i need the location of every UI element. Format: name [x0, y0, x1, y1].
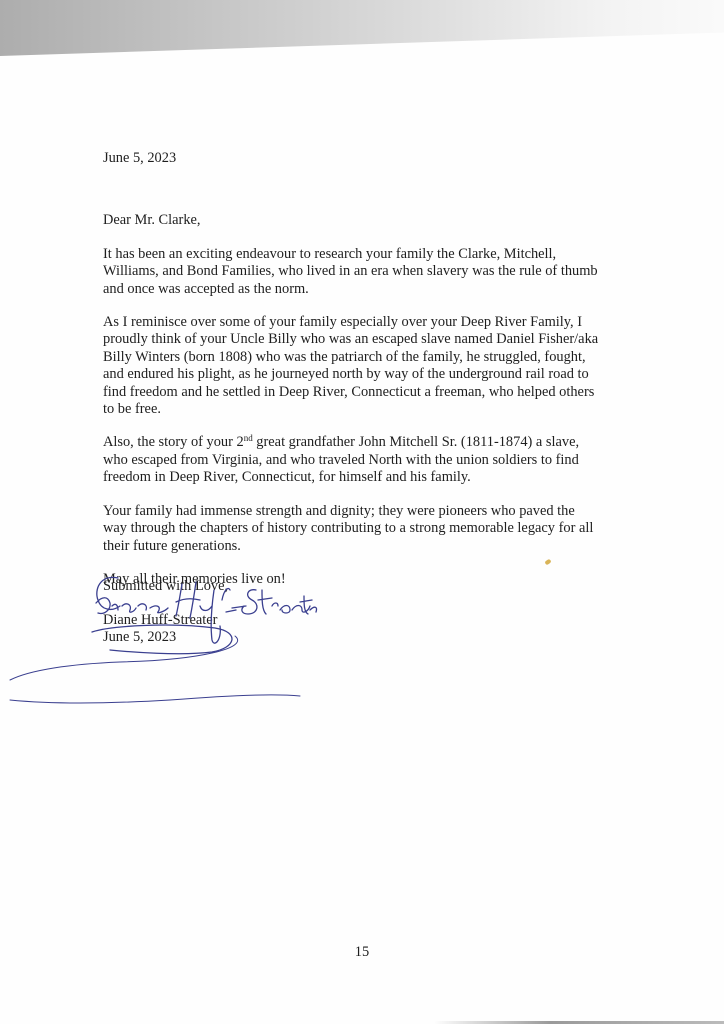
text-line: way through the chapters of history cont…: [103, 520, 593, 536]
scanner-edge-shadow: [0, 0, 724, 56]
text-line: Your family had immense strength and dig…: [103, 503, 575, 519]
salutation: Dear Mr. Clarke,: [103, 212, 623, 229]
text-line: Also, the story of your 2nd great grandf…: [103, 434, 579, 450]
paragraph-strength: Your family had immense strength and dig…: [103, 503, 623, 555]
paragraph-uncle-billy: As I reminisce over some of your family …: [103, 314, 623, 418]
signature-space: [103, 595, 228, 612]
text-line: their future generations.: [103, 538, 241, 554]
text-line: proudly think of your Uncle Billy who wa…: [103, 331, 598, 347]
text-line: freedom in Deep River, Connecticut, for …: [103, 469, 471, 485]
ordinal-superscript: nd: [244, 433, 253, 443]
valediction: Submitted with Love,: [103, 578, 228, 595]
letter-closing: Submitted with Love, Diane Huff-Streater…: [103, 578, 228, 647]
signed-date: June 5, 2023: [103, 629, 228, 646]
text-line: find freedom and he settled in Deep Rive…: [103, 384, 594, 400]
text-line: who escaped from Virginia, and who trave…: [103, 452, 579, 468]
paragraph-john-mitchell: Also, the story of your 2nd great grandf…: [103, 434, 623, 486]
signer-name: Diane Huff-Streater: [103, 612, 228, 629]
text-line: to be free.: [103, 401, 161, 417]
letter-date: June 5, 2023: [103, 150, 623, 167]
text-line: and endured his plight, as he journeyed …: [103, 366, 589, 382]
text-line: Billy Winters (born 1808) who was the pa…: [103, 349, 586, 365]
letter-body: June 5, 2023 Dear Mr. Clarke, It has bee…: [103, 150, 623, 588]
page-number: 15: [0, 944, 724, 961]
text-line: Williams, and Bond Families, who lived i…: [103, 263, 598, 279]
text-line: As I reminisce over some of your family …: [103, 314, 582, 330]
text-line: It has been an exciting endeavour to res…: [103, 246, 556, 262]
text-line: and once was accepted as the norm.: [103, 281, 309, 297]
paragraph-research: It has been an exciting endeavour to res…: [103, 246, 623, 298]
